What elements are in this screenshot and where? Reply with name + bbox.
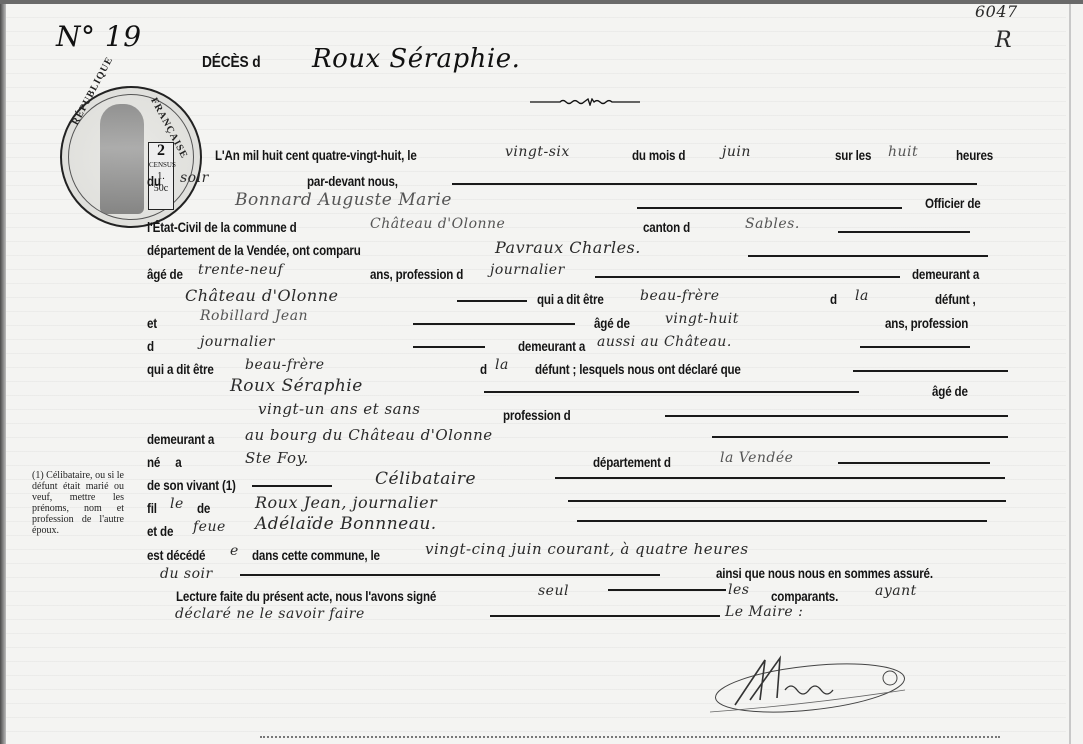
death-month-field: juin [722, 144, 751, 160]
fill-line [457, 300, 527, 302]
declarant2-name-field: Robillard Jean [200, 308, 308, 324]
printed-text: heures [956, 148, 993, 163]
birth-department-field: la Vendée [720, 450, 793, 466]
printed-text: L'An mil huit cent quatre-vingt-huit, le [215, 148, 417, 163]
printed-text: l'État-Civil de la commune d [147, 220, 297, 235]
printed-text: âgé de [147, 267, 183, 282]
deceased-name-header: Roux Séraphie. [312, 44, 520, 74]
printed-text: demeurant a [912, 267, 979, 282]
stamp-value: 2 [149, 143, 173, 159]
fill-line [748, 255, 988, 257]
relation-article-field-2: la [495, 357, 509, 373]
printed-text: est décédé [147, 548, 205, 563]
death-date-time-field: vingt-cinq juin courant, à quatre heures [425, 540, 749, 558]
printed-text: du mois d [632, 148, 685, 163]
father-field: Roux Jean, journalier [255, 493, 437, 512]
marital-status-field: Célibataire [375, 469, 476, 489]
ayant-field: ayant [875, 583, 917, 599]
printed-text: profession d [503, 408, 571, 423]
fill-line [413, 323, 575, 325]
printed-text: département de la Vendée, ont comparu [147, 243, 361, 258]
printed-text: ans, profession [885, 316, 968, 331]
page-binding-edge [0, 4, 6, 744]
printed-text: fil [147, 501, 157, 516]
printed-text: du [147, 174, 161, 189]
printed-text: né a [147, 455, 182, 470]
commune-field: Château d'Olonne [370, 216, 505, 232]
printed-text: et de [147, 524, 173, 539]
deceased-age-field: vingt-un ans et sans [258, 400, 420, 418]
printed-text: d [147, 339, 154, 354]
header-deces-label: DÉCÈS d [202, 54, 260, 72]
printed-text: demeurant a [147, 432, 214, 447]
printed-text: défunt , [935, 292, 976, 307]
death-time-of-day-field: du soir [160, 566, 213, 582]
fill-line [452, 183, 977, 185]
printed-text: dans cette commune, le [252, 548, 380, 563]
gender-suffix-field: le [170, 496, 184, 512]
fill-line [637, 207, 902, 209]
officer-name-field: Bonnard Auguste Marie [235, 190, 452, 210]
fill-line [490, 615, 720, 617]
printed-text: comparants. [771, 589, 838, 604]
printed-text: sur les [835, 148, 871, 163]
printed-text: âgé de [932, 384, 968, 399]
printed-text: et [147, 316, 157, 331]
declarant1-name-field: Pavraux Charles. [495, 238, 641, 257]
mayor-label: Le Maire : [725, 604, 803, 620]
fill-line [240, 574, 660, 576]
declaration-field: déclaré ne le savoir faire [175, 606, 365, 622]
printed-text: canton d [643, 220, 690, 235]
mother-field: Adélaïde Bonnneau. [255, 514, 437, 534]
printed-text: défunt ; lesquels nous ont déclaré que [535, 362, 741, 377]
stamp-census: CENSUS [149, 161, 176, 169]
printed-text: qui a dit être [147, 362, 214, 377]
revenue-stamp: RÉPUBLIQUE FRANÇAISE 2 CENSUS 1. 50c [60, 86, 202, 228]
printed-text: Officier de [925, 196, 981, 211]
gender-suffix-field-2: e [230, 543, 239, 559]
fill-line [838, 231, 970, 233]
record-number: N° 19 [56, 20, 142, 53]
printed-text: de son vivant (1) [147, 478, 236, 493]
deceased-residence-field: au bourg du Château d'Olonne [245, 426, 493, 444]
comparants-article-field: les [728, 582, 749, 598]
fill-line [860, 346, 970, 348]
printed-text: Lecture faite du présent acte, nous l'av… [176, 589, 436, 604]
declarant2-relation-field: beau-frère [245, 357, 324, 373]
hour-field: huit [888, 144, 918, 160]
fill-line [608, 589, 726, 591]
declarant1-profession-field: journalier [490, 262, 565, 278]
fill-line [577, 520, 987, 522]
marianne-figure-icon [100, 104, 144, 214]
deceased-name-field: Roux Séraphie [230, 376, 363, 396]
fill-line [853, 370, 1008, 372]
declarant1-age-field: trente-neuf [198, 262, 283, 278]
fill-line [413, 346, 485, 348]
fill-line [555, 477, 1005, 479]
printed-text: par-devant nous, [307, 174, 398, 189]
fill-line [252, 485, 332, 487]
relation-article-field: la [855, 288, 869, 304]
fill-line [665, 415, 1008, 417]
fill-line [568, 500, 1006, 502]
printed-text: d [480, 362, 487, 377]
printed-text: âgé de [594, 316, 630, 331]
page-right-edge [1069, 4, 1071, 744]
fill-line [595, 276, 900, 278]
canton-field: Sables. [745, 216, 800, 232]
corner-annotation: 6047 [975, 2, 1018, 21]
declarant2-profession-field: journalier [200, 334, 275, 350]
time-of-day-field: soir [180, 170, 209, 186]
declarant1-relation-field: beau-frère [640, 288, 719, 304]
fill-line [838, 462, 990, 464]
bottom-rule [260, 736, 1000, 742]
fill-line [484, 391, 859, 393]
ornament-divider [530, 98, 640, 106]
mayor-signature [705, 650, 915, 720]
declarant2-residence-field: aussi au Château. [597, 334, 732, 350]
fill-line [712, 436, 1008, 438]
printed-text: de [197, 501, 210, 516]
mother-status-field: feue [193, 519, 226, 535]
printed-text: ainsi que nous nous en sommes assuré. [716, 566, 933, 581]
declarant1-residence-field: Château d'Olonne [185, 286, 339, 305]
margin-footnote: (1) Célibataire, ou si le défunt était m… [32, 470, 124, 536]
corner-initial: R [995, 28, 1012, 53]
death-day-field: vingt-six [505, 144, 570, 160]
declarant2-age-field: vingt-huit [665, 311, 739, 327]
printed-text: d [830, 292, 837, 307]
printed-text: demeurant a [518, 339, 585, 354]
printed-text: qui a dit être [537, 292, 604, 307]
printed-text: ans, profession d [370, 267, 463, 282]
printed-text: département d [593, 455, 671, 470]
birthplace-field: Ste Foy. [245, 449, 309, 467]
signed-alone-field: seul [538, 583, 569, 599]
